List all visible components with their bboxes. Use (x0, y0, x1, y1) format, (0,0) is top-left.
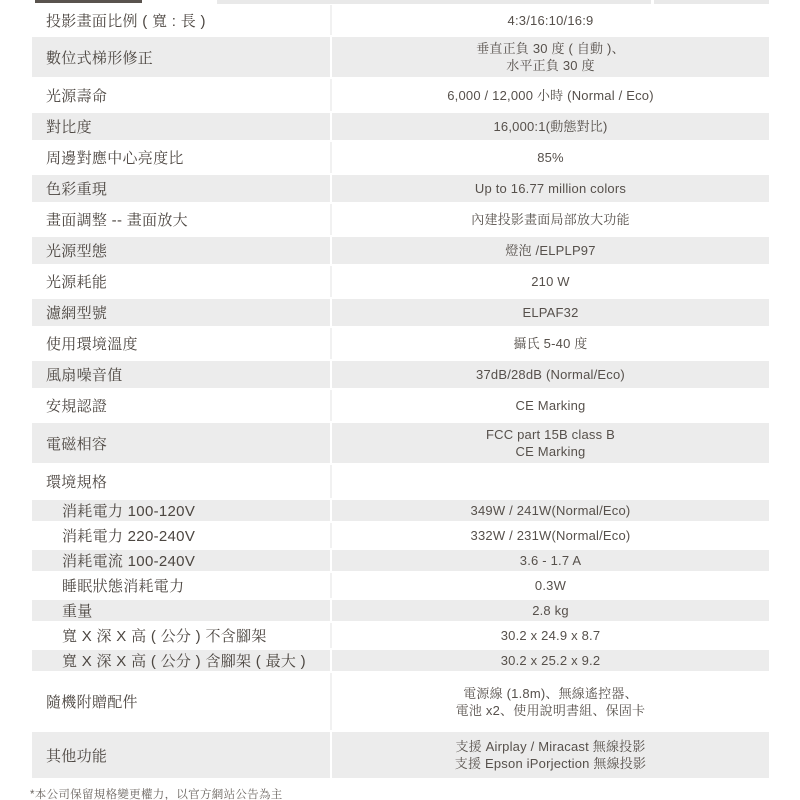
spec-label-text: 對比度 (46, 116, 92, 137)
spec-label-text: 周邊對應中心亮度比 (46, 147, 184, 168)
spec-value: 85% (330, 142, 769, 173)
spec-label: 電磁相容 (32, 423, 330, 463)
spec-label-text: 睡眠狀態消耗電力 (62, 575, 184, 596)
spec-label: 其他功能 (32, 732, 330, 778)
footnote: *本公司保留規格變更權力，以官方網站公告為主 (30, 786, 800, 800)
spec-value: 燈泡 /ELPLP97 (330, 237, 769, 264)
spec-label: 寬 X 深 X 高 ( 公分 ) 不含腳架 (32, 623, 330, 648)
spec-label: 消耗電力 220-240V (32, 523, 330, 548)
spec-label-text: 光源型態 (46, 240, 107, 261)
spec-value: 0.3W (330, 573, 769, 598)
spec-rows: 投影畫面比例 ( 寬 : 長 )4:3/16:10/16:9數位式梯形修正垂直正… (32, 5, 769, 780)
spec-subrow: 寬 X 深 X 高 ( 公分 ) 含腳架 ( 最大 )30.2 x 25.2 x… (32, 648, 769, 673)
spec-value: 3.6 - 1.7 A (330, 550, 769, 571)
spec-value-text: Up to 16.77 million colors (475, 180, 626, 197)
spec-value: CE Marking (330, 390, 769, 421)
spec-subrow: 消耗電流 100-240V3.6 - 1.7 A (32, 548, 769, 573)
spec-label: 數位式梯形修正 (32, 37, 330, 77)
spec-label-text: 使用環境溫度 (46, 333, 138, 354)
spec-row: 光源耗能210 W (32, 266, 769, 297)
spec-table: 投影畫面比例 ( 寬 : 長 )4:3/16:10/16:9數位式梯形修正垂直正… (32, 0, 769, 780)
spec-label: 光源壽命 (32, 79, 330, 111)
spec-row: 濾網型號ELPAF32 (32, 297, 769, 328)
spec-label: 消耗電力 100-120V (32, 500, 330, 521)
spec-value: 2.8 kg (330, 600, 769, 621)
spec-value: 30.2 x 24.9 x 8.7 (330, 623, 769, 648)
spec-row: 投影畫面比例 ( 寬 : 長 )4:3/16:10/16:9 (32, 5, 769, 35)
spec-value: 內建投影畫面局部放大功能 (330, 204, 769, 235)
spec-label-text: 寬 X 深 X 高 ( 公分 ) 不含腳架 (62, 625, 267, 646)
spec-value-text: ELPAF32 (522, 304, 578, 321)
cutoff-cell-divider (651, 0, 654, 4)
spec-row: 風扇噪音值37dB/28dB (Normal/Eco) (32, 359, 769, 390)
spec-label-text: 其他功能 (46, 745, 107, 766)
spec-label: 環境規格 (32, 465, 330, 498)
spec-row: 光源壽命6,000 / 12,000 小時 (Normal / Eco) (32, 79, 769, 111)
spec-value: 電源線 (1.8m)、無線遙控器、電池 x2、使用說明書組、保固卡 (330, 673, 769, 730)
spec-label: 隨機附贈配件 (32, 673, 330, 730)
spec-label: 寬 X 深 X 高 ( 公分 ) 含腳架 ( 最大 ) (32, 650, 330, 671)
spec-value-text: CE Marking (516, 397, 586, 414)
spec-label-text: 電磁相容 (46, 433, 107, 454)
spec-row: 環境規格 (32, 465, 769, 498)
spec-value: ELPAF32 (330, 299, 769, 326)
spec-value-text: 332W / 231W(Normal/Eco) (471, 527, 631, 544)
spec-row: 數位式梯形修正垂直正負 30 度 ( 自動 )、水平正負 30 度 (32, 35, 769, 79)
spec-value-text: 349W / 241W(Normal/Eco) (471, 502, 631, 519)
spec-value-text: 燈泡 /ELPLP97 (505, 242, 595, 259)
spec-subrow: 睡眠狀態消耗電力0.3W (32, 573, 769, 598)
spec-value-text: 3.6 - 1.7 A (520, 552, 581, 569)
spec-value: 349W / 241W(Normal/Eco) (330, 500, 769, 521)
spec-value-line: 支援 Epson iPorjection 無線投影 (455, 755, 646, 772)
spec-value-line: 電池 x2、使用說明書組、保固卡 (456, 702, 646, 719)
spec-row: 對比度16,000:1(動態對比) (32, 111, 769, 142)
spec-label-text: 投影畫面比例 ( 寬 : 長 ) (46, 10, 206, 31)
spec-subrow: 消耗電力 100-120V349W / 241W(Normal/Eco) (32, 498, 769, 523)
spec-value-text: 30.2 x 24.9 x 8.7 (501, 627, 601, 644)
spec-label-text: 消耗電力 220-240V (62, 525, 195, 546)
spec-label: 風扇噪音值 (32, 361, 330, 388)
spec-subrow: 寬 X 深 X 高 ( 公分 ) 不含腳架30.2 x 24.9 x 8.7 (32, 623, 769, 648)
spec-value-line: FCC part 15B class B (486, 426, 615, 443)
spec-row: 周邊對應中心亮度比85% (32, 142, 769, 173)
spec-label: 睡眠狀態消耗電力 (32, 573, 330, 598)
spec-value-line: CE Marking (516, 443, 586, 460)
spec-value: 16,000:1(動態對比) (330, 113, 769, 140)
spec-value-line: 支援 Airplay / Miracast 無線投影 (455, 738, 645, 755)
cutoff-text-remnant (35, 0, 142, 3)
spec-value: Up to 16.77 million colors (330, 175, 769, 202)
spec-row: 光源型態燈泡 /ELPLP97 (32, 235, 769, 266)
spec-label-text: 光源耗能 (46, 271, 107, 292)
spec-label-text: 光源壽命 (46, 85, 107, 106)
spec-row: 隨機附贈配件電源線 (1.8m)、無線遙控器、電池 x2、使用說明書組、保固卡 (32, 673, 769, 730)
spec-label-text: 色彩重現 (46, 178, 107, 199)
cutoff-value-cell (217, 0, 769, 4)
spec-value: 垂直正負 30 度 ( 自動 )、水平正負 30 度 (330, 37, 769, 77)
spec-value-text: 內建投影畫面局部放大功能 (471, 211, 629, 228)
spec-value: 210 W (330, 266, 769, 297)
spec-subrow: 消耗電力 220-240V332W / 231W(Normal/Eco) (32, 523, 769, 548)
spec-value-text: 16,000:1(動態對比) (493, 118, 607, 135)
spec-label-text: 風扇噪音值 (46, 364, 123, 385)
spec-label-text: 消耗電流 100-240V (62, 550, 195, 571)
spec-label-text: 濾網型號 (46, 302, 107, 323)
spec-label: 色彩重現 (32, 175, 330, 202)
spec-value-text: 37dB/28dB (Normal/Eco) (476, 366, 625, 383)
spec-value: 30.2 x 25.2 x 9.2 (330, 650, 769, 671)
spec-label: 安規認證 (32, 390, 330, 421)
spec-label-text: 數位式梯形修正 (46, 47, 153, 68)
spec-value-text: 210 W (531, 273, 570, 290)
spec-value: 37dB/28dB (Normal/Eco) (330, 361, 769, 388)
spec-label-text: 安規認證 (46, 395, 107, 416)
spec-row: 色彩重現Up to 16.77 million colors (32, 173, 769, 204)
spec-subrow: 重量2.8 kg (32, 598, 769, 623)
spec-label-text: 寬 X 深 X 高 ( 公分 ) 含腳架 ( 最大 ) (62, 650, 306, 671)
spec-label: 濾網型號 (32, 299, 330, 326)
spec-value: 攝氏 5-40 度 (330, 328, 769, 359)
spec-value-text: 85% (537, 149, 564, 166)
spec-value: 4:3/16:10/16:9 (330, 5, 769, 35)
spec-row: 其他功能支援 Airplay / Miracast 無線投影支援 Epson i… (32, 730, 769, 780)
spec-value-text: 攝氏 5-40 度 (513, 335, 587, 352)
spec-label: 重量 (32, 600, 330, 621)
cutoff-label-cell (32, 0, 217, 4)
spec-value-line: 垂直正負 30 度 ( 自動 )、 (476, 40, 625, 57)
spec-label: 周邊對應中心亮度比 (32, 142, 330, 173)
spec-row: 電磁相容FCC part 15B class BCE Marking (32, 421, 769, 465)
spec-label-text: 環境規格 (46, 471, 107, 492)
spec-row: 畫面調整 -- 畫面放大內建投影畫面局部放大功能 (32, 204, 769, 235)
spec-label: 消耗電流 100-240V (32, 550, 330, 571)
spec-value (330, 465, 769, 498)
spec-value: FCC part 15B class BCE Marking (330, 423, 769, 463)
spec-value-text: 2.8 kg (532, 602, 569, 619)
spec-value: 332W / 231W(Normal/Eco) (330, 523, 769, 548)
spec-label-text: 畫面調整 -- 畫面放大 (46, 209, 188, 230)
cutoff-row-top (32, 0, 769, 4)
spec-label-text: 消耗電力 100-120V (62, 500, 195, 521)
spec-label: 光源型態 (32, 237, 330, 264)
spec-label: 投影畫面比例 ( 寬 : 長 ) (32, 5, 330, 35)
spec-label: 光源耗能 (32, 266, 330, 297)
spec-label: 對比度 (32, 113, 330, 140)
spec-label: 畫面調整 -- 畫面放大 (32, 204, 330, 235)
spec-value: 支援 Airplay / Miracast 無線投影支援 Epson iPorj… (330, 732, 769, 778)
spec-value-line: 水平正負 30 度 (506, 57, 594, 74)
spec-label-text: 重量 (62, 600, 93, 621)
spec-row: 使用環境溫度攝氏 5-40 度 (32, 328, 769, 359)
spec-value-text: 0.3W (535, 577, 566, 594)
spec-value-text: 30.2 x 25.2 x 9.2 (501, 652, 601, 669)
spec-label: 使用環境溫度 (32, 328, 330, 359)
spec-label-text: 隨機附贈配件 (46, 691, 138, 712)
spec-value: 6,000 / 12,000 小時 (Normal / Eco) (330, 79, 769, 111)
spec-row: 安規認證CE Marking (32, 390, 769, 421)
spec-value-text: 4:3/16:10/16:9 (508, 12, 594, 29)
spec-value-text: 6,000 / 12,000 小時 (Normal / Eco) (447, 87, 654, 104)
spec-value-line: 電源線 (1.8m)、無線遙控器、 (463, 685, 638, 702)
